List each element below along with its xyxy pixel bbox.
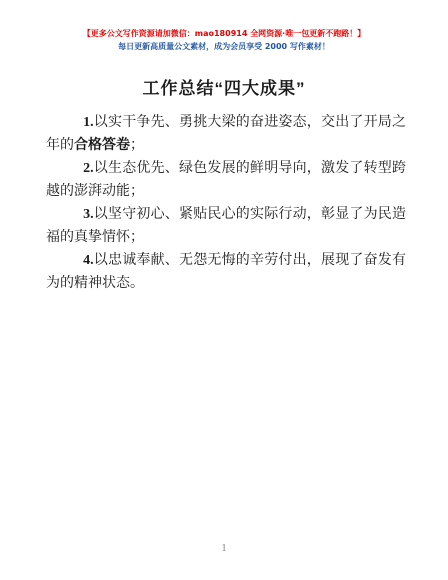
paragraph: 3.以坚守初心、紧贴民心的实际行动，彰显了为民造福的真挚情怀； <box>46 203 406 249</box>
paragraph-segment: ； <box>130 138 144 153</box>
page-number: 1 <box>0 543 448 554</box>
page-title: 工作总结“四大成果” <box>0 79 448 99</box>
ad-header-line1: 【更多公文写作资源请加微信：mao180914 全网资源·唯一包更新不跑路！】 <box>0 27 448 40</box>
ad-header: 【更多公文写作资源请加微信：mao180914 全网资源·唯一包更新不跑路！】 … <box>0 0 448 53</box>
paragraph-segment: 3. <box>83 207 94 222</box>
paragraph-segment: 1. <box>83 115 94 130</box>
paragraph: 2.以生态优先、绿色发展的鲜明导向，激发了转型跨越的澎湃动能； <box>46 157 406 203</box>
paragraph: 4.以忠诚奉献、无怨无悔的辛劳付出，展现了奋发有为的精神状态。 <box>46 249 406 295</box>
paragraph-segment: 2. <box>83 161 94 176</box>
paragraph-segment: 以忠诚奉献、无怨无悔的辛劳付出，展现了奋发有为的精神状态。 <box>46 253 406 291</box>
paragraph-segment: 以生态优先、绿色发展的鲜明导向，激发了转型跨越的澎湃动能； <box>46 161 406 199</box>
ad-header-line2: 每日更新高质量公文素材，成为会员享受 2000 写作素材！ <box>0 40 448 53</box>
paragraph-segment: 以坚守初心、紧贴民心的实际行动，彰显了为民造福的真挚情怀； <box>46 207 406 245</box>
paragraph-segment: 4. <box>83 253 94 268</box>
document-page: 【更多公文写作资源请加微信：mao180914 全网资源·唯一包更新不跑路！】 … <box>0 0 448 580</box>
paragraph: 1.以实干争先、勇挑大梁的奋进姿态，交出了开局之年的合格答卷； <box>46 111 406 157</box>
paragraph-segment: 合格答卷 <box>74 138 130 153</box>
body-paragraphs: 1.以实干争先、勇挑大梁的奋进姿态，交出了开局之年的合格答卷；2.以生态优先、绿… <box>46 111 406 295</box>
